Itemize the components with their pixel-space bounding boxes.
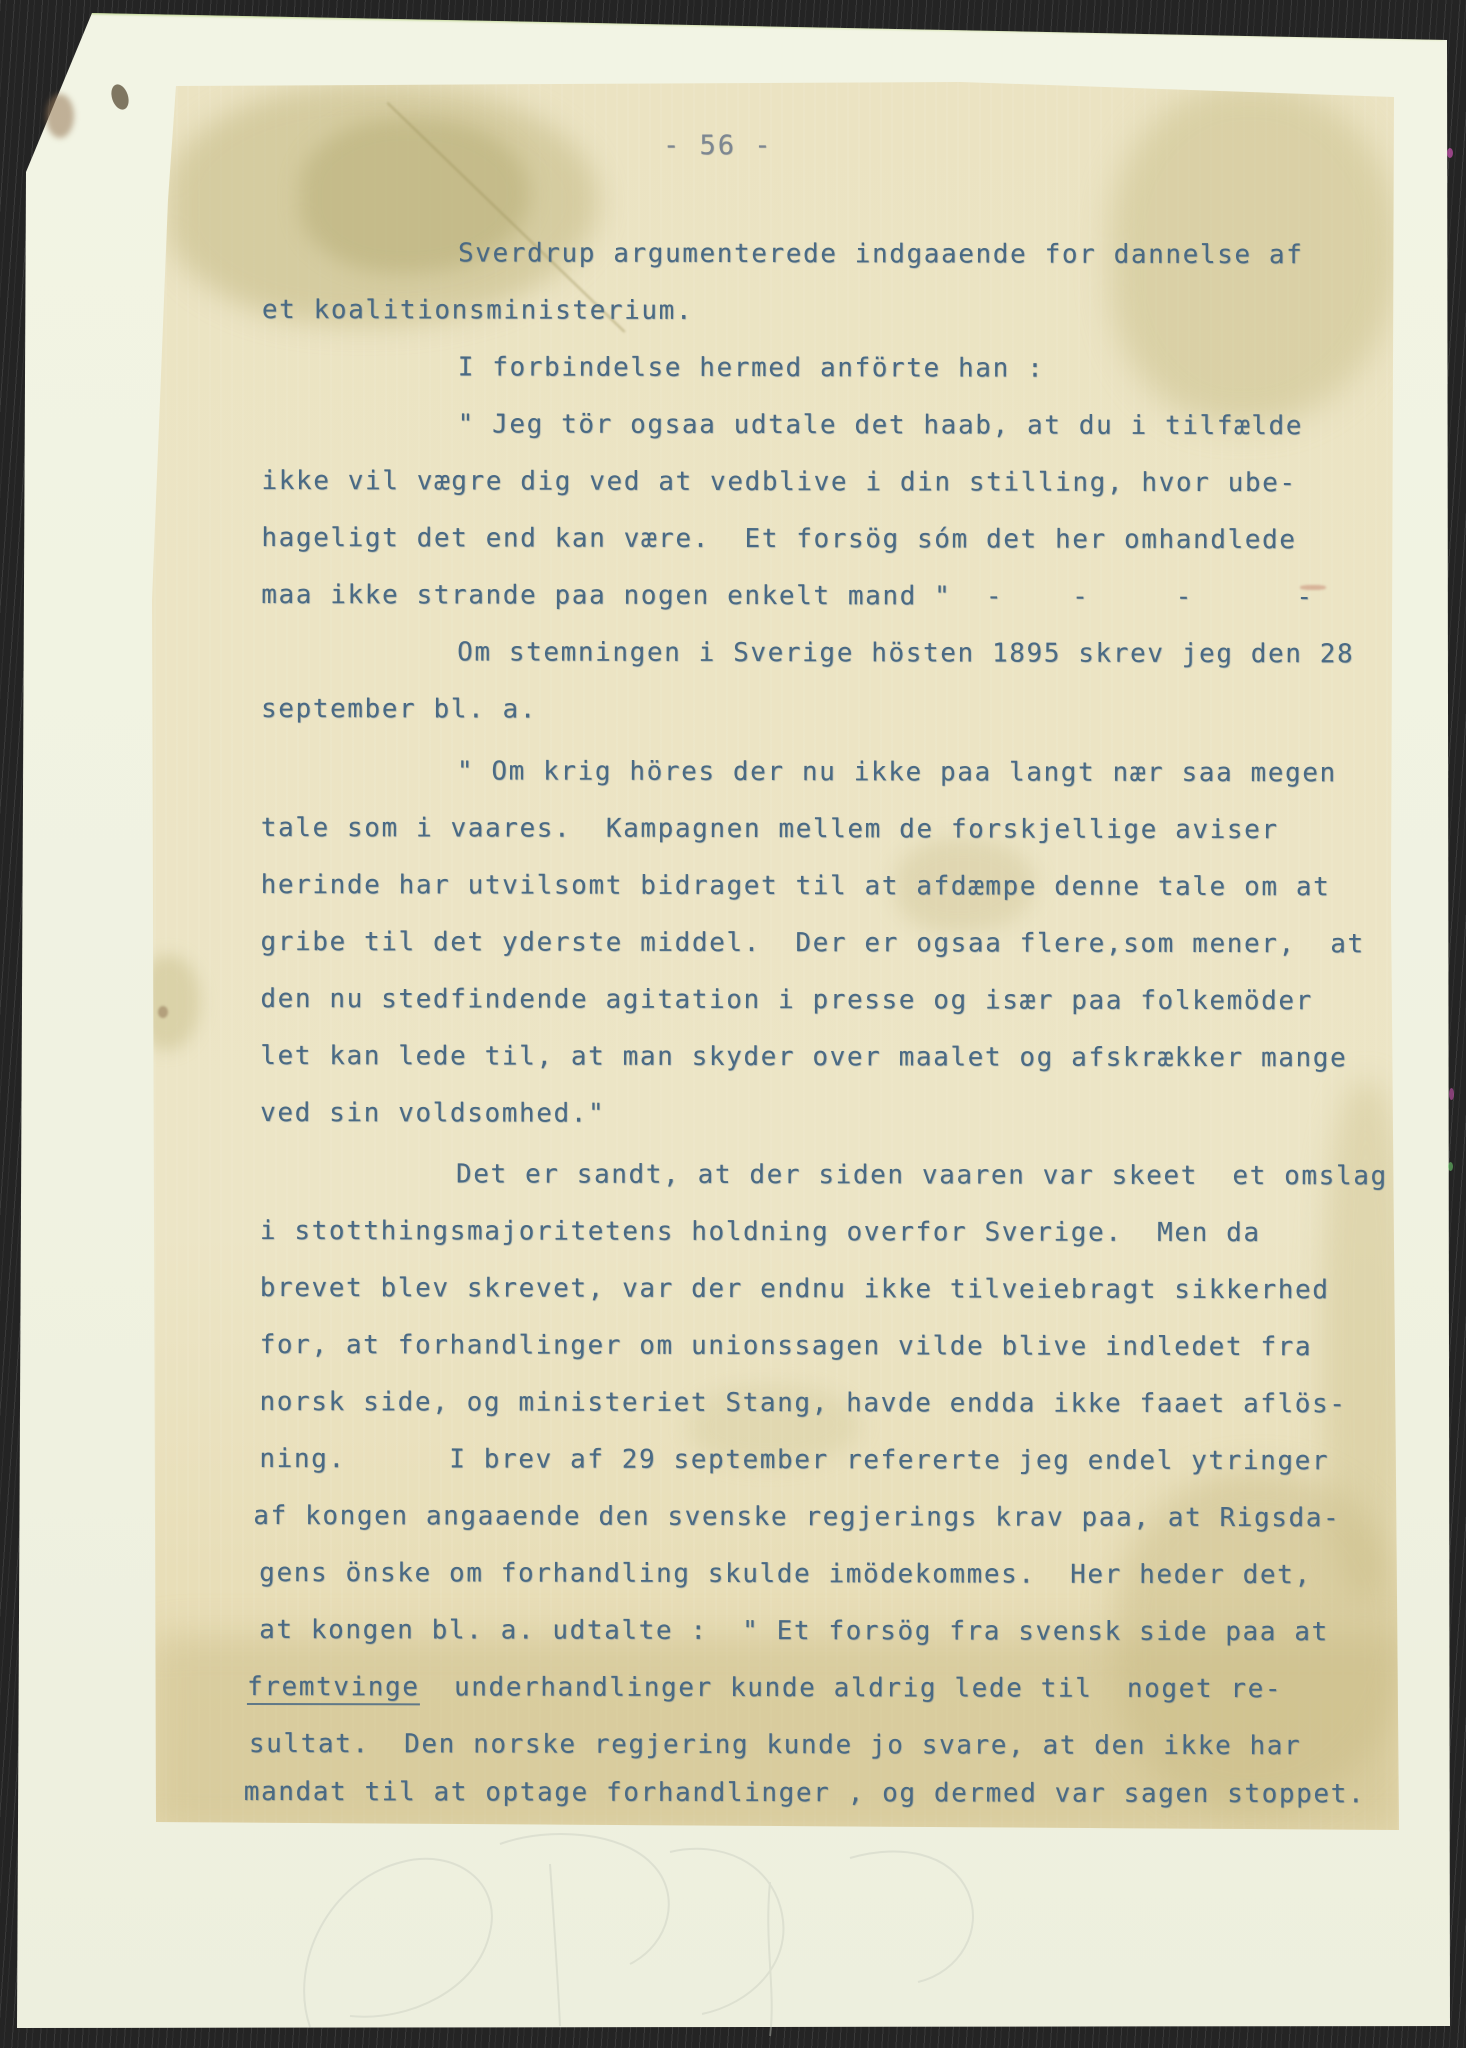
text-line: tale som i vaares. Kampagnen mellem de f… — [261, 813, 1421, 872]
stain-speck — [158, 1006, 168, 1018]
text-line: i stotthingsmajoritetens holdning overfo… — [260, 1216, 1420, 1275]
text-line: " Jeg tör ogsaa udtale det haab, at du i… — [262, 409, 1422, 468]
text-line: I forbindelse hermed anförte han : — [262, 352, 1422, 411]
text-line: for, at forhandlinger om unionssagen vil… — [260, 1330, 1420, 1389]
scan-artifact — [1447, 148, 1453, 158]
text-line: ikke vil vægre dig ved at vedblive i din… — [261, 466, 1421, 525]
scan-artifact — [1449, 1088, 1454, 1100]
text-line: Om stemningen i Sverige hösten 1895 skre… — [261, 637, 1421, 696]
text-line: hageligt det end kan være. Et forsög sóm… — [261, 523, 1421, 582]
scanned-document: { "page": { "page_number": "- 56 -", "li… — [0, 0, 1466, 2048]
text-line: gens önske om forhandling skulde imödeko… — [259, 1558, 1419, 1617]
text-line: herinde har utvilsomt bidraget til at af… — [261, 870, 1421, 929]
text-line: af kongen angaaende den svenske regjerin… — [253, 1501, 1419, 1560]
text-line: brevet blev skrevet, var der endnu ikke … — [260, 1273, 1420, 1332]
pencil-sketch — [250, 1822, 1100, 2046]
text-line: den nu stedfindende agitation i presse o… — [260, 984, 1420, 1043]
page-number: - 56 - — [663, 130, 773, 161]
text-line: at kongen bl. a. udtalte : " Et forsög f… — [259, 1615, 1419, 1674]
text-line: ning. I brev af 29 september refererte j… — [259, 1444, 1419, 1503]
underlined-word: fremtvinge — [247, 1672, 420, 1705]
scan-artifact — [1448, 1162, 1453, 1171]
typed-text: Sverdrup argumenterede indgaaende for da… — [259, 238, 1422, 1836]
text-line: fremtvinge underhandlinger kunde aldrig … — [247, 1672, 1419, 1731]
text-line: let kan lede til, at man skyder over maa… — [260, 1041, 1420, 1100]
text-line: september bl. a. — [261, 694, 1421, 753]
text-line: ved sin voldsomhed." — [260, 1098, 1420, 1157]
text-line: Sverdrup argumenterede indgaaende for da… — [262, 238, 1422, 297]
text-line: Det er sandt, at der siden vaaren var sk… — [260, 1159, 1420, 1218]
text-line: norsk side, og ministeriet Stang, havde … — [259, 1387, 1419, 1446]
text-line: " Om krig höres der nu ikke paa langt næ… — [261, 756, 1421, 815]
text-line: maa ikke strande paa nogen enkelt mand "… — [261, 580, 1421, 639]
text-line: et koalitionsministerium. — [262, 295, 1422, 354]
text-line: gribe til det yderste middel. Der er ogs… — [260, 927, 1420, 986]
stain-speck — [46, 94, 74, 138]
